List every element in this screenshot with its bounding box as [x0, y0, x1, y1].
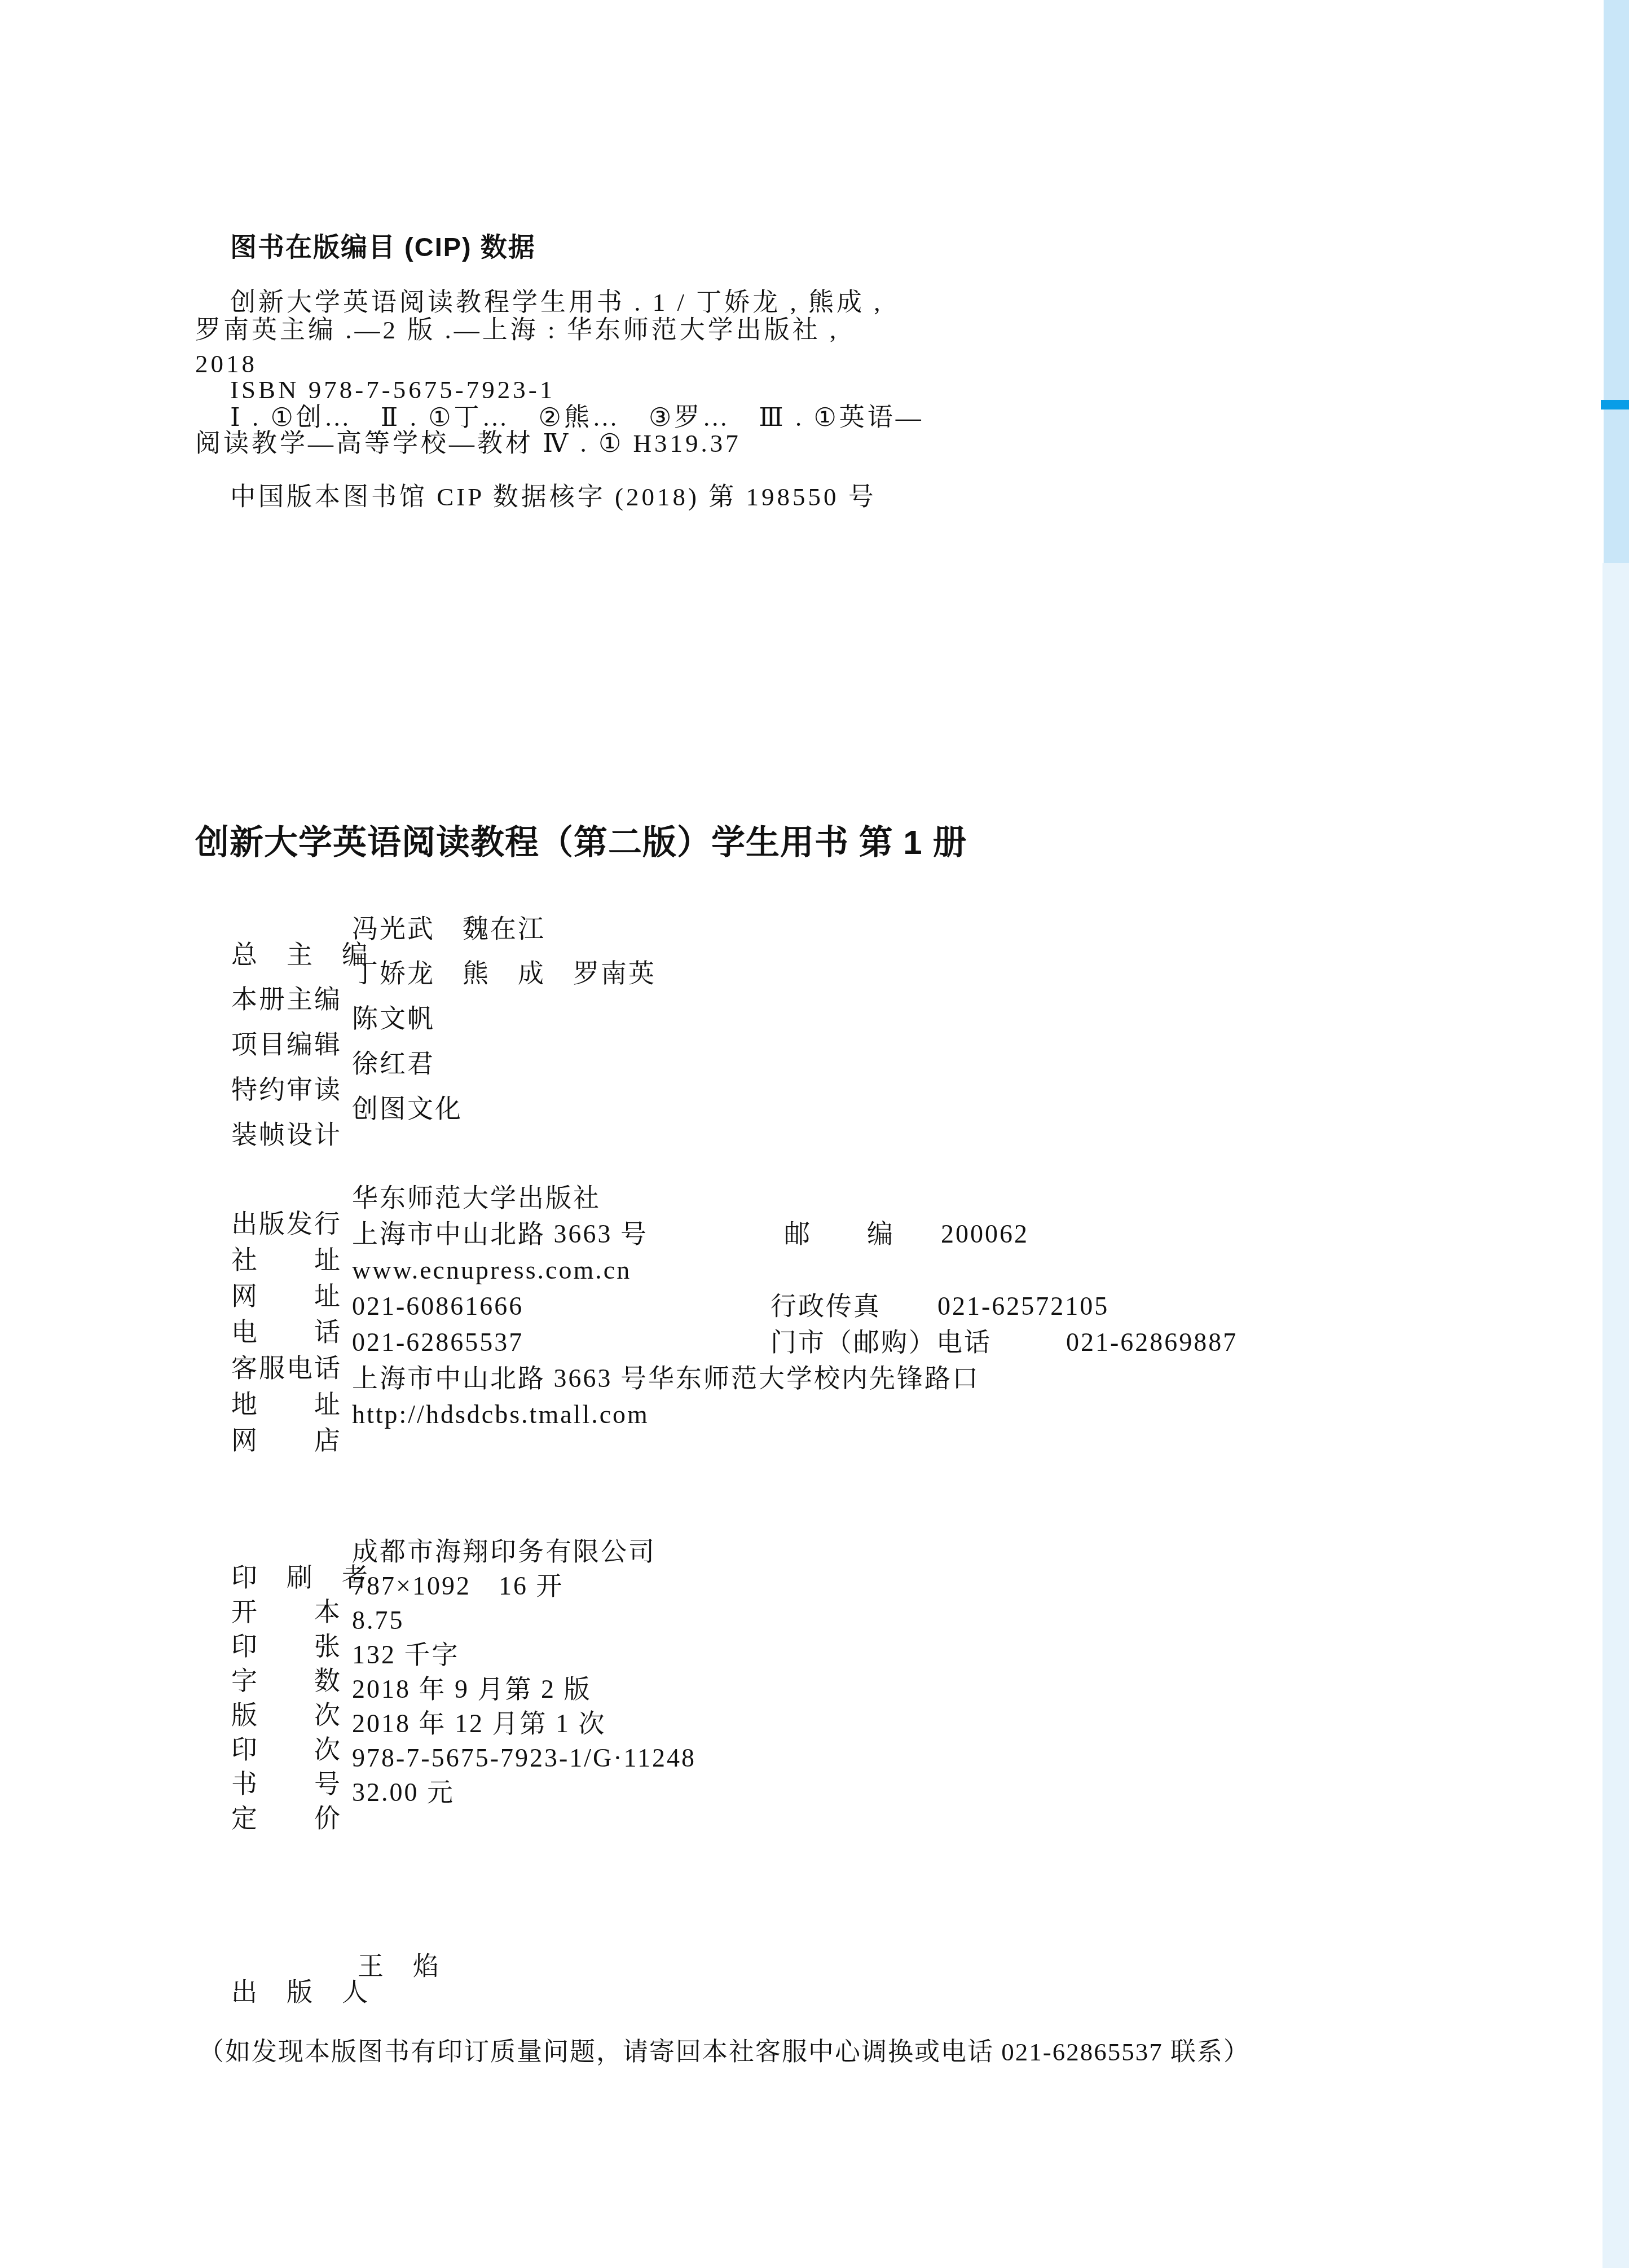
wordcount-value: 132 千字: [352, 1642, 460, 1668]
staff-value: 冯光武 魏在江: [352, 916, 545, 942]
right-strip-top: [1604, 0, 1629, 569]
publisher-label: 网 店: [231, 1426, 342, 1455]
website-url: www.ecnupress.com.cn: [352, 1257, 631, 1283]
sheets-value: 8.75: [352, 1608, 404, 1633]
cip-line: 创新大学英语阅读教程学生用书 . 1 / 丁娇龙 , 熊成 ,: [195, 290, 883, 315]
store-phone-label: 门市（邮购）电话: [771, 1329, 992, 1355]
store-phone-value: 021-62869887: [1066, 1329, 1238, 1355]
book-title: 创新大学英语阅读教程（第二版）学生用书 第 1 册: [195, 826, 967, 860]
quality-note: （如发现本版图书有印订质量问题，请寄回本社客服中心调换或电话 021-62865…: [199, 2040, 1250, 2065]
staff-value: 徐红君: [352, 1051, 435, 1077]
cip-record-line: 中国版本图书馆 CIP 数据核字 (2018) 第 198550 号: [195, 485, 877, 510]
colophon-page: 图书在版编目 (CIP) 数据 创新大学英语阅读教程学生用书 . 1 / 丁娇龙…: [0, 0, 1629, 2268]
store-url: http://hdsdcbs.tmall.com: [352, 1402, 649, 1428]
printing-row: 定 价 32.00 元: [199, 1780, 342, 1883]
publisher-person-label: 出 版 人: [231, 1978, 369, 2006]
publisher-person-value: 王 焰: [358, 1953, 441, 1979]
cip-isbn-line: ISBN 978-7-5675-7923-1: [195, 377, 555, 403]
cip-header: 图书在版编目 (CIP) 数据: [230, 234, 536, 260]
printing-label: 定 价: [231, 1804, 342, 1833]
booknumber-value: 978-7-5675-7923-1/G·11248: [352, 1745, 696, 1771]
format-value: 787×1092 16 开: [352, 1573, 563, 1599]
address-value: 上海市中山北路 3663 号华东师范大学校内先锋路口: [352, 1366, 980, 1391]
impression-value: 2018 年 12 月第 1 次: [352, 1711, 606, 1737]
printer-value: 成都市海翔印务有限公司: [352, 1539, 656, 1565]
staff-value: 创图文化: [352, 1096, 463, 1122]
postcode-value: 200062: [941, 1221, 1029, 1247]
staff-value: 丁娇龙 熊 成 罗南英: [352, 961, 656, 987]
edition-value: 2018 年 9 月第 2 版: [352, 1676, 592, 1702]
cip-line: 2018: [195, 351, 257, 377]
right-strip-bottom: [1602, 563, 1629, 2268]
right-accent-bar: [1601, 400, 1629, 409]
fax-value: 021-62572105: [937, 1293, 1109, 1319]
service-phone-value: 021-62865537: [352, 1329, 523, 1355]
phone-value: 021-60861666: [352, 1293, 523, 1319]
cip-line: 阅读教学—高等学校—教材 Ⅳ . ① H319.37: [195, 431, 741, 456]
staff-label: 装帧设计: [231, 1120, 342, 1149]
price-value: 32.00 元: [352, 1780, 455, 1805]
publisher-value: 上海市中山北路 3663 号: [352, 1221, 648, 1247]
publisher-row: 网 店 http://hdsdcbs.tmall.com: [199, 1402, 342, 1505]
cip-line: Ⅰ . ①创… Ⅱ . ①丁… ②熊… ③罗… Ⅲ . ①英语—: [195, 405, 924, 430]
postcode-label: 邮 编: [784, 1221, 895, 1247]
publisher-value: 华东师范大学出版社: [352, 1185, 601, 1211]
cip-line: 罗南英主编 .—2 版 .—上海 : 华东师范大学出版社 ,: [195, 318, 839, 343]
staff-value: 陈文帆: [352, 1006, 435, 1032]
fax-label: 行政传真: [771, 1293, 881, 1319]
staff-row: 装帧设计 创图文化: [199, 1096, 342, 1200]
